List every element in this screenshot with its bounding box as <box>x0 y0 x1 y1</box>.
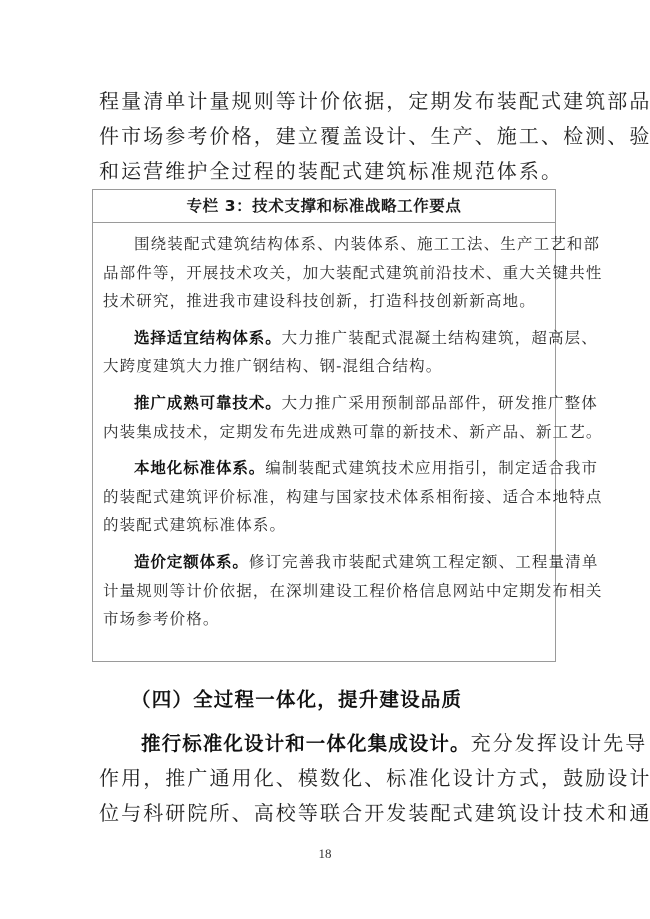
paragraph-lead: 造价定额体系。 <box>134 553 249 571</box>
sidebar-box: 专栏 3：技术支撑和标准战略工作要点 围绕装配式建筑结构体系、内装体系、施工工法… <box>92 189 556 662</box>
section-heading: （四）全过程一体化，提升建设品质 <box>131 685 462 715</box>
box-line: 内装集成技术，定期发布先进成熟可靠的新技术、新产品、新工艺。 <box>103 418 549 447</box>
paragraph-text: 充分发挥设计先导 <box>471 731 648 755</box>
paragraph-text: 大力推广采用预制部品部件，研发推广整体 <box>282 394 598 412</box>
box-line: 本地化标准体系。编制装配式建筑技术应用指引，制定适合我市 <box>103 454 549 483</box>
intro-paragraph: 程量清单计量规则等计价依据，定期发布装配式建筑部品部 件市场参考价格，建立覆盖设… <box>99 84 561 189</box>
box-line: 围绕装配式建筑结构体系、内装体系、施工工法、生产工艺和部 <box>103 230 549 259</box>
document-page: 程量清单计量规则等计价依据，定期发布装配式建筑部品部 件市场参考价格，建立覆盖设… <box>0 0 650 919</box>
closing-line: 推行标准化设计和一体化集成设计。充分发挥设计先导 <box>99 726 561 761</box>
closing-line: 作用，推广通用化、模数化、标准化设计方式，鼓励设计单 <box>99 761 561 796</box>
box-body: 围绕装配式建筑结构体系、内装体系、施工工法、生产工艺和部 品部件等，开展技术攻关… <box>103 230 549 642</box>
paragraph-text: 编制装配式建筑技术应用指引，制定适合我市 <box>265 459 598 477</box>
paragraph-lead: 本地化标准体系。 <box>134 459 265 477</box>
box-paragraph-mature-tech: 推广成熟可靠技术。大力推广采用预制部品部件，研发推广整体 内装集成技术，定期发布… <box>103 389 549 446</box>
paragraph-lead: 选择适宜结构体系。 <box>134 329 282 347</box>
box-line: 的装配式建筑评价标准，构建与国家技术体系相衔接、适合本地特点 <box>103 483 549 512</box>
box-line: 推广成熟可靠技术。大力推广采用预制部品部件，研发推广整体 <box>103 389 549 418</box>
box-line: 品部件等，开展技术攻关，加大装配式建筑前沿技术、重大关键共性 <box>103 259 549 288</box>
box-line: 选择适宜结构体系。大力推广装配式混凝土结构建筑，超高层、 <box>103 324 549 353</box>
box-line: 的装配式建筑标准体系。 <box>103 511 549 540</box>
closing-line: 位与科研院所、高校等联合开发装配式建筑设计技术和通用 <box>99 796 561 831</box>
box-paragraph-cost-quota: 造价定额体系。修订完善我市装配式建筑工程定额、工程量清单 计量规则等计价依据，在… <box>103 548 549 634</box>
paragraph-lead: 推广成熟可靠技术。 <box>134 394 282 412</box>
intro-line: 件市场参考价格，建立覆盖设计、生产、施工、检测、验收 <box>99 119 561 154</box>
paragraph-text: 修订完善我市装配式建筑工程定额、工程量清单 <box>249 553 599 571</box>
page-number: 18 <box>0 846 650 862</box>
closing-paragraph: 推行标准化设计和一体化集成设计。充分发挥设计先导 作用，推广通用化、模数化、标准… <box>99 726 561 831</box>
box-line: 计量规则等计价依据，在深圳建设工程价格信息网站中定期发布相关 <box>103 577 549 606</box>
box-line: 技术研究，推进我市建设科技创新，打造科技创新新高地。 <box>103 287 549 316</box>
box-line: 大跨度建筑大力推广钢结构、钢-混组合结构。 <box>103 352 549 381</box>
box-line: 市场参考价格。 <box>103 605 549 634</box>
box-line: 造价定额体系。修订完善我市装配式建筑工程定额、工程量清单 <box>103 548 549 577</box>
box-paragraph-local-standards: 本地化标准体系。编制装配式建筑技术应用指引，制定适合我市 的装配式建筑评价标准，… <box>103 454 549 540</box>
intro-line: 程量清单计量规则等计价依据，定期发布装配式建筑部品部 <box>99 84 561 119</box>
box-title: 专栏 3：技术支撑和标准战略工作要点 <box>93 190 555 223</box>
box-paragraph-structure-system: 选择适宜结构体系。大力推广装配式混凝土结构建筑，超高层、 大跨度建筑大力推广钢结… <box>103 324 549 381</box>
paragraph-text: 大力推广装配式混凝土结构建筑，超高层、 <box>282 329 598 347</box>
box-paragraph-overview: 围绕装配式建筑结构体系、内装体系、施工工法、生产工艺和部 品部件等，开展技术攻关… <box>103 230 549 316</box>
paragraph-lead: 推行标准化设计和一体化集成设计。 <box>141 732 471 755</box>
intro-line: 和运营维护全过程的装配式建筑标准规范体系。 <box>99 154 561 189</box>
